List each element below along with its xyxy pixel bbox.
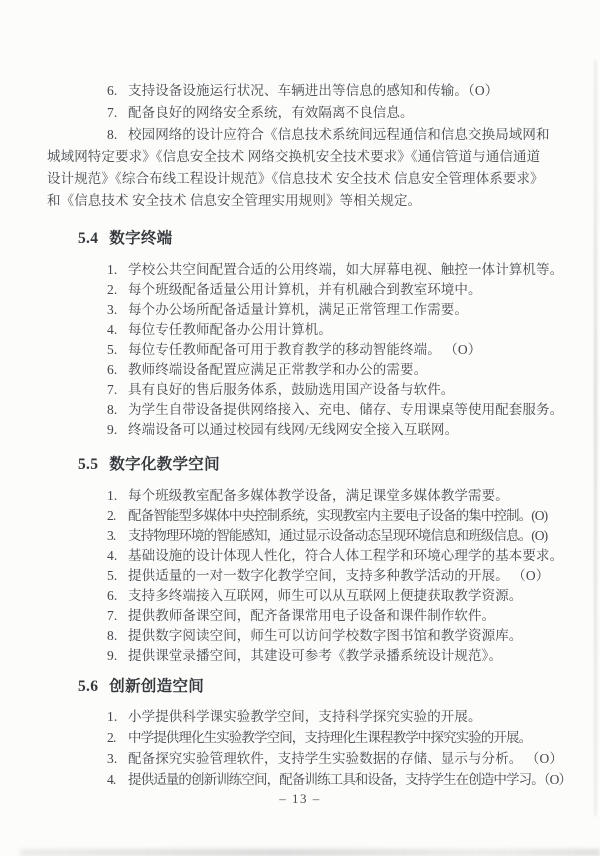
list-item: 8.为学生自带设备提供网络接入、充电、储存、专用课桌等使用配套服务。 xyxy=(47,400,553,420)
item-text: 提供课堂录播空间，其建设可参考《教学录播系统设计规范》。 xyxy=(128,648,502,663)
list-item: 8.提供数字阅读空间，师生可以访问学校数字图书馆和教学资源库。 xyxy=(47,626,553,646)
section-number: 5.5 xyxy=(78,456,98,473)
item-text: 每位专任教师配备可用于教育教学的移动智能终端。 （O） xyxy=(128,342,481,357)
item-text: 每位专任教师配备办公用计算机。 xyxy=(128,322,332,337)
item-text: 终端设备可以通过校园有线网/无线网安全接入互联网。 xyxy=(128,422,458,437)
list-item: 1.每个班级教室配备多媒体教学设备，满足课堂多媒体教学需要。 xyxy=(47,486,553,506)
item-text: 小学提供科学课实验教学空间，支持科学探究实验的开展。 xyxy=(128,709,482,724)
item-number: 5. xyxy=(107,566,128,586)
item-text: 提供教师备课空间，配齐备课常用电子设备和课件制作软件。 xyxy=(128,608,495,623)
list-item: 7.配备良好的网络安全系统，有效隔离不良信息。 xyxy=(47,102,553,124)
list-item: 1.学校公共空间配置合适的公用终端，如大屏幕电视、触控一体计算机等。 xyxy=(47,260,553,280)
list-item: 5.提供适量的一对一数字化教学空间，支持多种教学活动的开展。 （O） xyxy=(47,566,553,586)
item-number: 6. xyxy=(107,80,128,102)
section-heading: 5.5数字化教学空间 xyxy=(78,454,553,476)
item-text: 支持多终端接入互联网，师生可以从互联网上便捷获取教学资源。 xyxy=(128,588,522,603)
list-item: 2.每个班级配备适量公用计算机，并有机融合到教室环境中。 xyxy=(47,280,553,300)
item-number: 9. xyxy=(107,646,128,666)
item-text: 提供适量的一对一数字化教学空间，支持多种教学活动的开展。 （O） xyxy=(128,568,549,583)
scan-artifact-right-edge xyxy=(594,60,597,816)
list-item: 5.每位专任教师配备可用于教育教学的移动智能终端。 （O） xyxy=(47,340,553,360)
list-item: 6.支持设备设施运行状况、车辆进出等信息的感知和传输。（O） xyxy=(47,80,553,102)
scan-artifact-bottom-edge xyxy=(20,849,600,856)
list-item: 4.提供适量的创新训练空间，配备训练工具和设备，支持学生在创造中学习。（O） xyxy=(47,769,553,790)
item-number: 4. xyxy=(107,546,128,566)
item-number: 7. xyxy=(107,102,128,124)
list-item: 3.支持物理环境的智能感知，通过显示设备动态呈现环境信息和班级信息。(O) xyxy=(47,526,553,546)
item-number: 3. xyxy=(107,300,128,320)
item-number: 5. xyxy=(107,340,128,360)
list-item: 9.终端设备可以通过校园有线网/无线网安全接入互联网。 xyxy=(47,420,553,440)
item-number: 8. xyxy=(107,626,128,646)
section-title: 创新创造空间 xyxy=(109,678,204,695)
document-content: 6.支持设备设施运行状况、车辆进出等信息的感知和传输。（O） 7.配备良好的网络… xyxy=(47,0,553,790)
item-text: 为学生自带设备提供网络接入、充电、储存、专用课桌等使用配套服务。 xyxy=(128,402,563,417)
item-number: 6. xyxy=(107,586,128,606)
list-item: 1.小学提供科学课实验教学空间，支持科学探究实验的开展。 xyxy=(47,706,553,727)
item-text: 每个班级配备适量公用计算机，并有机融合到教室环境中。 xyxy=(128,282,482,297)
page-number: – 13 – xyxy=(0,791,600,807)
item-text: 支持设备设施运行状况、车辆进出等信息的感知和传输。（O） xyxy=(128,83,498,98)
section-heading: 5.4数字终端 xyxy=(78,228,553,250)
item-number: 2. xyxy=(107,506,128,526)
item-number: 6. xyxy=(107,360,128,380)
item-text: 配备智能型多媒体中央控制系统，实现教室内主要电子设备的集中控制。(O) xyxy=(128,508,547,523)
item-number: 4. xyxy=(107,769,128,790)
list-item: 9.提供课堂录播空间，其建设可参考《教学录播系统设计规范》。 xyxy=(47,646,553,666)
list-item: 7.提供教师备课空间，配齐备课常用电子设备和课件制作软件。 xyxy=(47,606,553,626)
item-number: 8. xyxy=(107,400,128,420)
item-number: 1. xyxy=(107,706,128,727)
item-number: 9. xyxy=(107,420,128,440)
item-number: 3. xyxy=(107,748,128,769)
item-text: 学校公共空间配置合适的公用终端，如大屏幕电视、触控一体计算机等。 xyxy=(128,262,563,277)
item-number: 8. xyxy=(107,124,128,146)
item-number: 1. xyxy=(107,260,128,280)
item-text: 具有良好的售后服务体系，鼓励选用国产设备与软件。 xyxy=(128,382,454,397)
section-title: 数字化教学空间 xyxy=(109,456,220,473)
item-number: 7. xyxy=(107,380,128,400)
list-item: 7.具有良好的售后服务体系，鼓励选用国产设备与软件。 xyxy=(47,380,553,400)
item-number: 7. xyxy=(107,606,128,626)
item-number: 2. xyxy=(107,280,128,300)
list-item: 4.每位专任教师配备办公用计算机。 xyxy=(47,320,553,340)
item-text: 基础设施的设计体现人性化，符合人体工程学和环境心理学的基本要求。 xyxy=(128,548,563,563)
item-text: 每个班级教室配备多媒体教学设备，满足课堂多媒体教学需要。 xyxy=(128,488,509,503)
item-number: 3. xyxy=(107,526,128,546)
list-item: 2.配备智能型多媒体中央控制系统，实现教室内主要电子设备的集中控制。(O) xyxy=(47,506,553,526)
list-item: 8.校园网络的设计应符合《信息技术系统间远程通信和信息交换局域网和城域网特定要求… xyxy=(47,124,553,212)
item-text: 教师终端设备配置应满足正常教学和办公的需要。 xyxy=(128,362,427,377)
item-number: 4. xyxy=(107,320,128,340)
item-text: 每个办公场所配备适量计算机，满足正常管理工作需要。 xyxy=(128,302,468,317)
item-text: 提供适量的创新训练空间，配备训练工具和设备，支持学生在创造中学习。（O） xyxy=(128,772,571,787)
item-text: 中学提供理化生实验教学空间，支持理化生课程教学中探究实验的开展。 xyxy=(128,730,531,745)
item-text: 支持物理环境的智能感知，通过显示设备动态呈现环境信息和班级信息。(O) xyxy=(128,528,547,543)
section-number: 5.6 xyxy=(78,678,98,695)
list-item: 2.中学提供理化生实验教学空间，支持理化生课程教学中探究实验的开展。 xyxy=(47,727,553,748)
document-page: 6.支持设备设施运行状况、车辆进出等信息的感知和传输。（O） 7.配备良好的网络… xyxy=(0,0,600,856)
item-text: 配备探究实验管理软件，支持学生实验数据的存储、显示与分析。 （O） xyxy=(128,751,563,766)
list-item: 6.教师终端设备配置应满足正常教学和办公的需要。 xyxy=(47,360,553,380)
list-item: 4.基础设施的设计体现人性化，符合人体工程学和环境心理学的基本要求。 xyxy=(47,546,553,566)
section-heading: 5.6创新创造空间 xyxy=(78,676,553,698)
list-item: 6.支持多终端接入互联网，师生可以从互联网上便捷获取教学资源。 xyxy=(47,586,553,606)
item-number: 1. xyxy=(107,486,128,506)
section-title: 数字终端 xyxy=(109,230,172,247)
list-item: 3.每个办公场所配备适量计算机，满足正常管理工作需要。 xyxy=(47,300,553,320)
item-number: 2. xyxy=(107,727,128,748)
item-text: 配备良好的网络安全系统，有效隔离不良信息。 xyxy=(128,105,414,120)
section-number: 5.4 xyxy=(78,230,98,247)
item-text: 提供数字阅读空间，师生可以访问学校数字图书馆和教学资源库。 xyxy=(128,628,522,643)
list-item: 3.配备探究实验管理软件，支持学生实验数据的存储、显示与分析。 （O） xyxy=(47,748,553,769)
